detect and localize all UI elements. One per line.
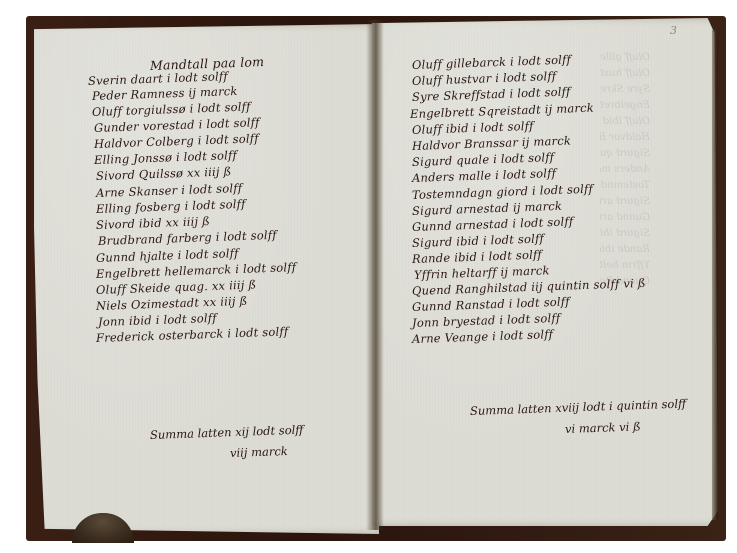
page-number: 3 — [670, 24, 677, 37]
right-page-edge — [712, 30, 718, 520]
left-page-summary-line2: viij marck — [230, 444, 288, 460]
manuscript-photo: Oluff gillebarck i lodt solff Oluff hust… — [0, 0, 737, 553]
right-page-summary-line2: vi marck vi ß — [565, 419, 641, 436]
book-gutter — [366, 20, 384, 530]
bleed-through-text: Oluff gillebarck i lodt solff Oluff hust… — [600, 50, 650, 290]
